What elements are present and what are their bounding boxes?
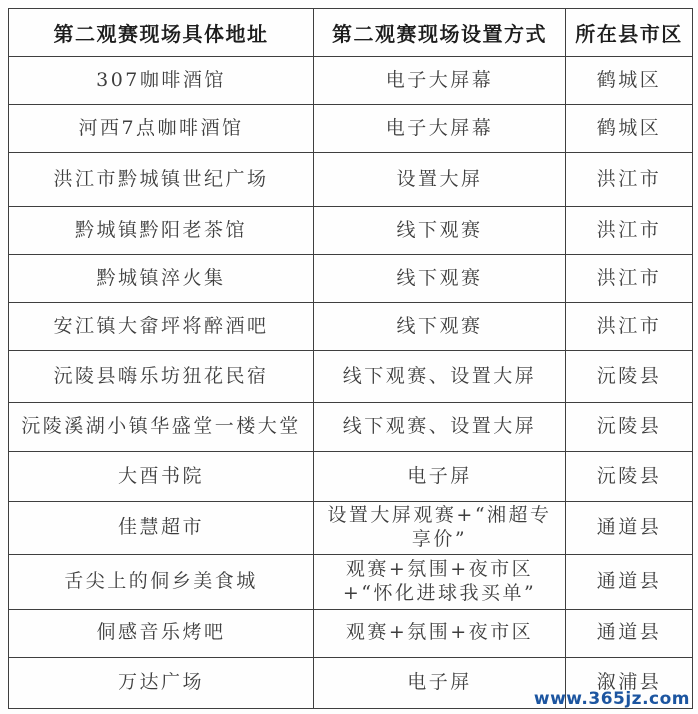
cell-district: 沅陵县 xyxy=(566,351,693,403)
cell-address: 黔城镇黔阳老茶馆 xyxy=(9,207,314,255)
table-header-row: 第二观赛现场具体地址 第二观赛现场设置方式 所在县市区 xyxy=(9,9,693,57)
table-row: 沅陵县嗨乐坊狃花民宿线下观赛、设置大屏沅陵县 xyxy=(9,351,693,403)
cell-district: 沅陵县 xyxy=(566,452,693,502)
cell-method: 线下观赛 xyxy=(314,207,566,255)
cell-district: 通道县 xyxy=(566,502,693,555)
cell-address: 洪江市黔城镇世纪广场 xyxy=(9,153,314,207)
table-row: 安江镇大畲坪将醉酒吧线下观赛洪江市 xyxy=(9,303,693,351)
table-row: 佳慧超市设置大屏观赛+“湘超专享价”通道县 xyxy=(9,502,693,555)
cell-address: 万达广场 xyxy=(9,657,314,708)
cell-method: 线下观赛 xyxy=(314,303,566,351)
cell-district: 通道县 xyxy=(566,554,693,609)
cell-district: 鹤城区 xyxy=(566,105,693,153)
table-row: 舌尖上的侗乡美食城观赛+氛围+夜市区+“怀化进球我买单”通道县 xyxy=(9,554,693,609)
cell-method: 观赛+氛围+夜市区 xyxy=(314,609,566,657)
cell-address: 沅陵县嗨乐坊狃花民宿 xyxy=(9,351,314,403)
cell-method: 电子屏 xyxy=(314,657,566,708)
cell-address: 河西7点咖啡酒馆 xyxy=(9,105,314,153)
table-row: 河西7点咖啡酒馆电子大屏幕鹤城区 xyxy=(9,105,693,153)
cell-address: 307咖啡酒馆 xyxy=(9,57,314,105)
cell-district: 洪江市 xyxy=(566,153,693,207)
cell-district: 洪江市 xyxy=(566,207,693,255)
cell-district: 通道县 xyxy=(566,609,693,657)
cell-address: 大酉书院 xyxy=(9,452,314,502)
cell-method: 电子大屏幕 xyxy=(314,105,566,153)
cell-address: 黔城镇淬火集 xyxy=(9,255,314,303)
cell-district: 鹤城区 xyxy=(566,57,693,105)
site-watermark: www.365jz.com xyxy=(534,689,690,709)
cell-method: 设置大屏 xyxy=(314,153,566,207)
table-row: 大酉书院电子屏沅陵县 xyxy=(9,452,693,502)
table-row: 侗感音乐烤吧观赛+氛围+夜市区通道县 xyxy=(9,609,693,657)
cell-address: 佳慧超市 xyxy=(9,502,314,555)
cell-method: 电子屏 xyxy=(314,452,566,502)
table-row: 307咖啡酒馆电子大屏幕鹤城区 xyxy=(9,57,693,105)
table-body: 307咖啡酒馆电子大屏幕鹤城区河西7点咖啡酒馆电子大屏幕鹤城区洪江市黔城镇世纪广… xyxy=(9,57,693,709)
cell-district: 沅陵县 xyxy=(566,403,693,452)
cell-method: 线下观赛 xyxy=(314,255,566,303)
cell-method: 线下观赛、设置大屏 xyxy=(314,351,566,403)
header-method: 第二观赛现场设置方式 xyxy=(314,9,566,57)
table-row: 沅陵溪湖小镇华盛堂一楼大堂线下观赛、设置大屏沅陵县 xyxy=(9,403,693,452)
header-district: 所在县市区 xyxy=(566,9,693,57)
table-row: 洪江市黔城镇世纪广场设置大屏洪江市 xyxy=(9,153,693,207)
cell-district: 洪江市 xyxy=(566,255,693,303)
cell-address: 安江镇大畲坪将醉酒吧 xyxy=(9,303,314,351)
cell-address: 侗感音乐烤吧 xyxy=(9,609,314,657)
cell-method: 观赛+氛围+夜市区+“怀化进球我买单” xyxy=(314,554,566,609)
document-page: 第二观赛现场具体地址 第二观赛现场设置方式 所在县市区 307咖啡酒馆电子大屏幕… xyxy=(0,0,698,714)
cell-method: 线下观赛、设置大屏 xyxy=(314,403,566,452)
cell-address: 沅陵溪湖小镇华盛堂一楼大堂 xyxy=(9,403,314,452)
header-address: 第二观赛现场具体地址 xyxy=(9,9,314,57)
cell-method: 设置大屏观赛+“湘超专享价” xyxy=(314,502,566,555)
table-row: 黔城镇黔阳老茶馆线下观赛洪江市 xyxy=(9,207,693,255)
viewing-sites-table: 第二观赛现场具体地址 第二观赛现场设置方式 所在县市区 307咖啡酒馆电子大屏幕… xyxy=(8,8,693,709)
table-row: 黔城镇淬火集线下观赛洪江市 xyxy=(9,255,693,303)
cell-method: 电子大屏幕 xyxy=(314,57,566,105)
cell-address: 舌尖上的侗乡美食城 xyxy=(9,554,314,609)
cell-district: 洪江市 xyxy=(566,303,693,351)
